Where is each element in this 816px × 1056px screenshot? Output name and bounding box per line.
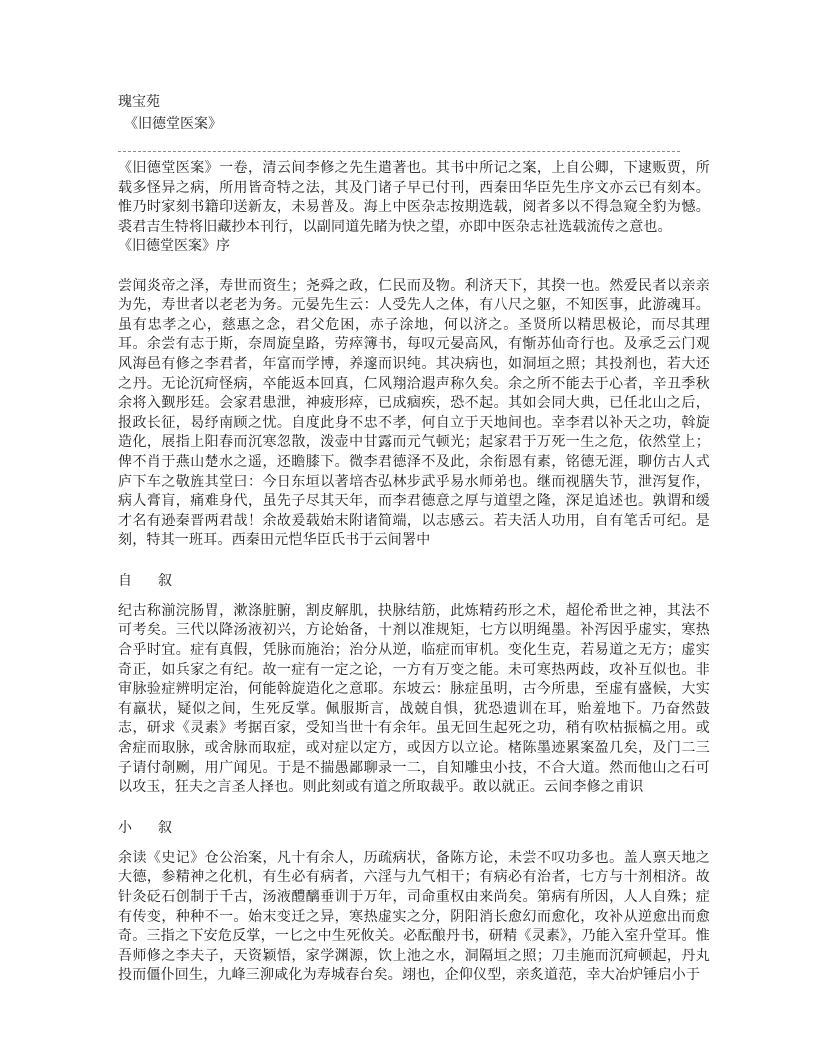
self-narrative-paragraph: 纪古称湔浣肠胃，漱涤脏腑，割皮解肌，抉脉结筋，此炼精药形之术，超伦希世之神，其法… [118,602,710,798]
heading-char: 小 [118,820,132,836]
dashed-separator [118,151,680,152]
heading-char: 叙 [158,820,172,836]
small-narrative-paragraph: 余读《史记》仓公治案，凡十有余人，历疏病状，备陈方论，未尝不叹功多也。盖人禀天地… [118,849,710,986]
site-name: 瑰宝苑 [118,92,710,112]
heading-char: 自 [118,573,132,589]
intro-paragraph: 《旧德堂医案》一卷，清云间李修之先生遣著也。其书中所记之案，上自公卿，下逮贩贾，… [118,159,710,237]
heading-char: 叙 [158,573,172,589]
small-narrative-heading: 小叙 [118,818,710,838]
preface-paragraph: 尝闻炎帝之泽，寿世而资生；尧舜之政，仁民而及物。利济天下，其揆一也。然爱民者以亲… [118,277,710,551]
preface-heading: 《旧德堂医案》序 [118,237,710,257]
self-narrative-heading: 自叙 [118,571,710,591]
document-page: 瑰宝苑 《旧德堂医案》 《旧德堂医案》一卷，清云间李修之先生遣著也。其书中所记之… [118,92,710,986]
book-title: 《旧德堂医案》 [124,114,710,134]
